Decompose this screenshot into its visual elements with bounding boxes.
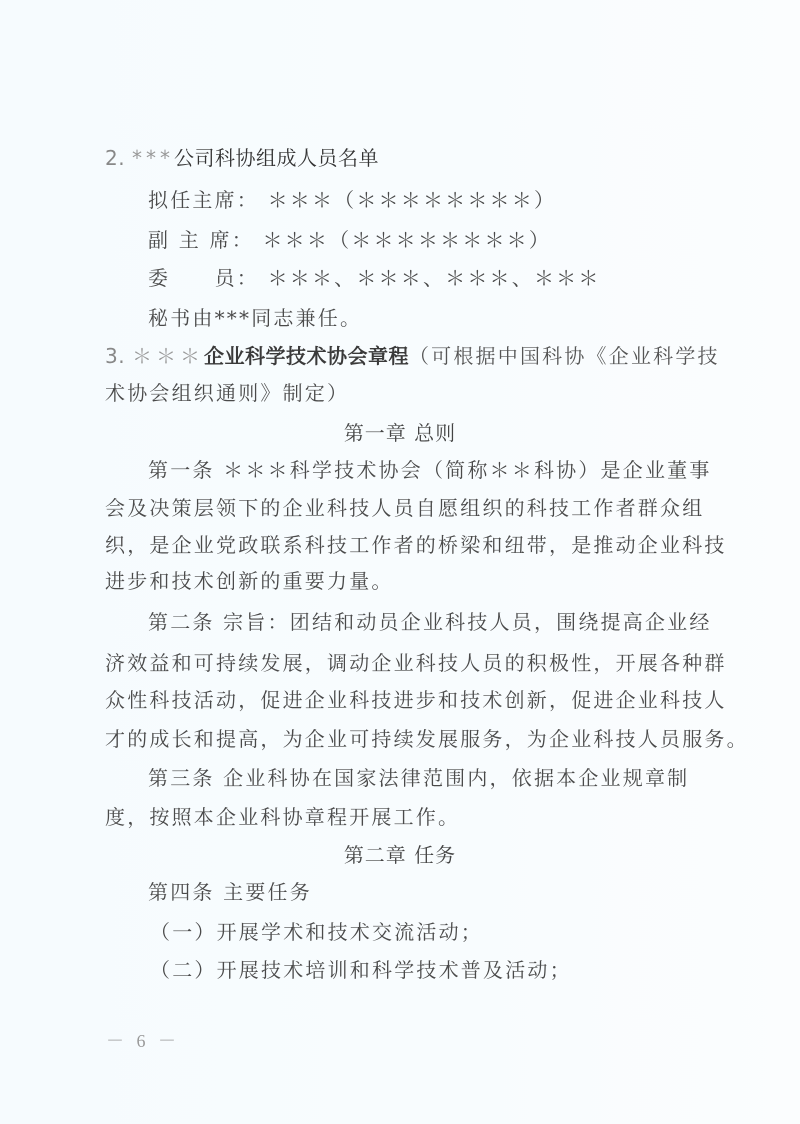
article-1-line: 会及决策层领下的企业科技人员自愿组织的科技工作者群众组 [105, 494, 690, 522]
member-row-committee: 委 员： ＊＊＊、＊＊＊、＊＊＊、＊＊＊ [148, 264, 733, 292]
member-role: 拟任主席： [148, 186, 259, 214]
section-title: 公司科协组成人员名单 [174, 146, 379, 170]
member-value: ＊＊＊（＊＊＊＊＊＊＊＊） [262, 228, 551, 252]
article-1-line: 织，是企业党政联系科技工作者的桥梁和纽带，是推动企业科技 [105, 531, 690, 559]
member-value: ＊＊＊、＊＊＊、＊＊＊、＊＊＊ [268, 266, 601, 290]
page-number: － 6 － [106, 1027, 180, 1053]
section-note: （可根据中国科协《企业科学技 [409, 344, 720, 368]
article-1-line: 进步和技术创新的重要力量。 [105, 567, 690, 595]
section-number: 2. [105, 146, 125, 170]
section-3-note-continued: 术协会组织通则》制定） [105, 379, 690, 407]
article-2-line: 才的成长和提高，为企业可持续发展服务，为企业科技人员服务。 [105, 725, 690, 753]
member-row-chairman: 拟任主席： ＊＊＊（＊＊＊＊＊＊＊＊） [148, 186, 733, 214]
secretary-line: 秘书由***同志兼任。 [148, 304, 733, 332]
chapter-2-title: 第二章 任务 [0, 841, 800, 869]
section-2-heading: 2. ***公司科协组成人员名单 [105, 144, 690, 172]
company-placeholder: ＊＊＊ [132, 344, 204, 368]
section-title: 企业科学技术协会章程 [204, 344, 409, 368]
section-3-heading: 3. ＊＊＊企业科学技术协会章程（可根据中国科协《企业科学技 [105, 342, 690, 370]
article-3-line: 度，按照本企业科协章程开展工作。 [105, 803, 690, 831]
member-row-vice-chairman: 副 主 席： ＊＊＊（＊＊＊＊＊＊＊＊） [148, 226, 733, 254]
article-2-line: 济效益和可持续发展，调动企业科技人员的积极性，开展各种群 [105, 649, 690, 677]
member-role: 委 员： [148, 264, 259, 292]
section-number: 3. [105, 344, 125, 368]
article-2-line: 众性科技活动，促进企业科技进步和技术创新，促进企业科技人 [105, 686, 690, 714]
task-item: （一）开展学术和技术交流活动； [150, 918, 735, 946]
document-page: 2. ***公司科协组成人员名单 拟任主席： ＊＊＊（＊＊＊＊＊＊＊＊） 副 主… [0, 0, 800, 1124]
member-value: ＊＊＊（＊＊＊＊＊＊＊＊） [268, 188, 557, 212]
company-placeholder: *** [132, 146, 174, 170]
article-3-line: 第三条 企业科协在国家法律范围内，依据本企业规章制 [148, 764, 733, 792]
article-1-line: 第一条 ＊＊＊科学技术协会（简称＊＊科协）是企业董事 [148, 456, 733, 484]
member-role: 副 主 席： [148, 226, 254, 254]
task-item: （二）开展技术培训和科学技术普及活动； [150, 956, 735, 984]
article-4-title: 第四条 主要任务 [148, 878, 733, 906]
article-2-line: 第二条 宗旨：团结和动员企业科技人员，围绕提高企业经 [148, 608, 733, 636]
chapter-1-title: 第一章 总则 [0, 419, 800, 447]
